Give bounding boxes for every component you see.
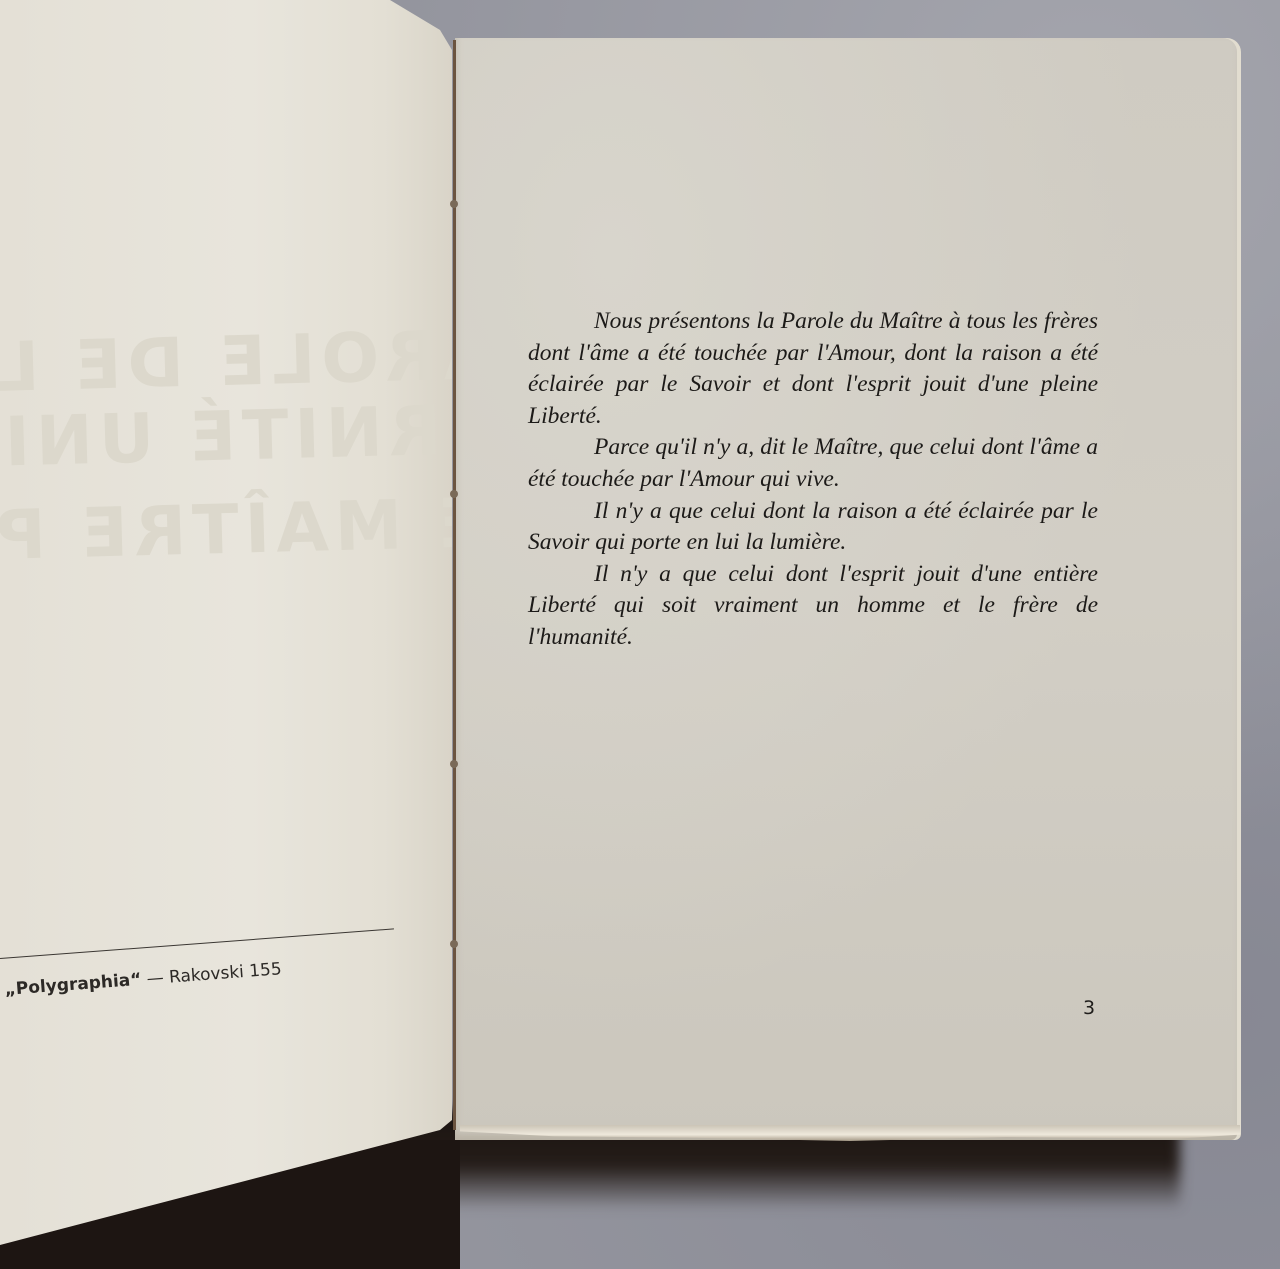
page-number: 3 [1083,997,1095,1019]
binding-stitch [450,760,458,768]
left-page: LA PAROLE DE L FRATERNITÉ UNIV LE MAÎTRE… [0,0,452,1245]
printer-name: „Polygraphia“ [4,970,142,1000]
paragraph: Il n'y a que celui dont la raison a été … [528,496,1098,559]
binding-stitch [450,490,458,498]
printer-imprint: „Polygraphia“ — Rakovski 155 [4,959,282,1000]
printer-address: Rakovski 155 [168,959,282,987]
binding-stitch [450,200,458,208]
paragraph: Nous présentons la Parole du Maître à to… [528,306,1098,432]
binding-stitch [450,940,458,948]
paragraph: Parce qu'il n'y a, dit le Maître, que ce… [528,432,1098,495]
footer-rule [0,928,394,959]
paragraph: Il n'y a que celui dont l'esprit jouit d… [528,559,1098,654]
imprint-separator: — [146,968,164,989]
page-body-text: Nous présentons la Parole du Maître à to… [528,306,1098,654]
